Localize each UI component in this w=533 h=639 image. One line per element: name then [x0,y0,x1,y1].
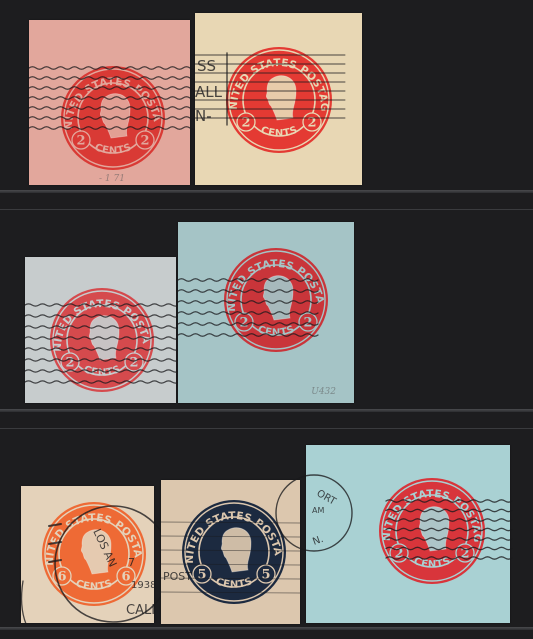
postmark-text: POST [163,570,192,583]
stamp-blue-2c: UNITED STATES POSTAGECENTS22U432 [178,222,354,403]
album-strip-2 [0,409,533,412]
album-strip-3 [0,627,533,630]
album-strip-1-lower [0,209,533,210]
indicium-value: 6 [57,570,66,585]
indicium-value: 2 [65,356,74,371]
indicium-navy-5c: UNITED STATES POSTAGECENTS55POST [161,480,300,624]
postmark-text: 7 [128,556,135,569]
postmark-text: AM [312,506,324,515]
indicium-value: 2 [129,356,138,371]
stamp-cream-2c: UNITED STATES POSTAGECENTS22SSALLN- [195,13,362,185]
indicium-value: 5 [261,568,270,583]
indicium-blue-2c: UNITED STATES POSTAGECENTS22 [178,222,354,403]
pencil-catalog-note: - 1 71 [99,174,125,184]
stamp-lightblue-2c: UNITED STATES POSTAGECENTS22ORTAMN. [306,445,510,623]
postmark-text: CALI [126,603,155,618]
indicium-value: 5 [197,568,206,583]
indicium-gray-2c: UNITED STATES POSTAGECENTS22 [25,257,176,403]
postmark-text: ALL [195,83,223,101]
postmark-text: SS [197,57,216,75]
album-strip-2-lower [0,428,533,429]
pencil-catalog-note: U432 [311,387,336,397]
indicium-orange-6c: UNITED STATES POSTAGECENTS66LOS AN71938C… [21,486,154,623]
postmark-text: N. [311,534,325,548]
indicium-value: 2 [76,134,85,149]
stamp-orange-6c: UNITED STATES POSTAGECENTS66LOS AN71938C… [21,486,154,623]
postmark-text: N- [195,107,212,125]
postmark-text: 1938 [131,580,156,591]
indicium-value: 2 [239,316,248,331]
indicium-lightblue-2c: UNITED STATES POSTAGECENTS22ORTAMN. [306,445,510,623]
indicium-value: 2 [140,134,149,149]
stamp-pink-2c: UNITED STATES POSTAGECENTS22- 1 71 [29,20,190,185]
stamp-navy-5c: UNITED STATES POSTAGECENTS55POST [161,480,300,624]
album-strip-1 [0,190,533,193]
indicium-cream-2c: UNITED STATES POSTAGECENTS22SSALLN- [195,13,362,185]
stamp-gray-2c: UNITED STATES POSTAGECENTS22 [25,257,176,403]
indicium-value: 6 [121,570,130,585]
indicium-pink-2c: UNITED STATES POSTAGECENTS22 [29,20,190,185]
